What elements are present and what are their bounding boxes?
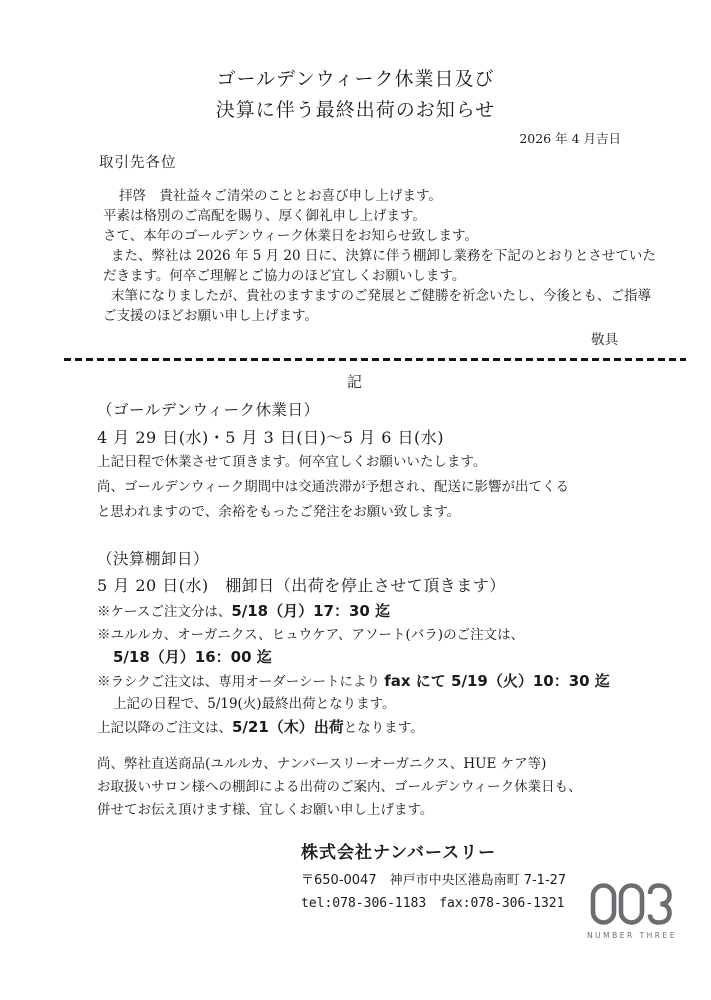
- addressee: 取引先各位: [99, 151, 711, 172]
- text-line: 併せてお伝え頂けます様、宜しくお願い申し上げます。: [97, 799, 681, 822]
- text-line: ※ケースご注文分は、5/18（月）17：30 迄: [97, 600, 681, 624]
- greeting-paragraph: 拝啓 貴社益々ご清栄のこととお喜び申し上げます。平素は格別のご高配を賜り、厚く御…: [103, 186, 656, 326]
- dashed-divider: [64, 358, 686, 361]
- title-line-1: ゴールデンウィーク休業日及び: [0, 64, 711, 95]
- number-three-logo: NUMBER THREE: [587, 882, 677, 940]
- text-line: ※ユルルカ、オーガニクス、ヒュウケア、アソート(バラ)のご注文は、: [97, 624, 681, 647]
- issue-date: 2026 年 4 月吉日: [0, 129, 711, 147]
- text-line: ご支援のほどお願い申し上げます。: [103, 306, 656, 326]
- text-line: さて、本年のゴールデンウィーク休業日をお知らせ致します。: [103, 226, 656, 246]
- text-line: 上記日程で休業させて頂きます。何卒宜しくお願いいたします。: [97, 450, 681, 475]
- document-title: ゴールデンウィーク休業日及び 決算に伴う最終出荷のお知らせ: [0, 0, 711, 126]
- emphasized-text: 5/21（木）出荷: [232, 718, 344, 736]
- text-line: 尚、弊社直送商品(ユルルカ、ナンバースリーオーガニクス、HUE ケア等): [97, 753, 681, 776]
- text-line: 拝啓 貴社益々ご清栄のこととお喜び申し上げます。: [103, 186, 656, 206]
- inventory-date-line: 5 月 20 日(水) 棚卸日（出荷を停止させて頂きます）: [97, 574, 681, 598]
- text-line: また、弊社は 2026 年 5 月 20 日に、決算に伴う棚卸し業務を下記のとお…: [103, 246, 656, 266]
- text-line: 上記以降のご注文は、5/21（木）出荷となります。: [97, 716, 681, 740]
- text-line: と思われますので、余裕をもったご発注をお願い致します。: [97, 500, 681, 525]
- document-page: ゴールデンウィーク休業日及び 決算に伴う最終出荷のお知らせ 2026 年 4 月…: [0, 0, 711, 1000]
- emphasized-text: 5/18（月）17：30 迄: [231, 602, 390, 620]
- inventory-section: （決算棚卸日） 5 月 20 日(水) 棚卸日（出荷を停止させて頂きます） ※ケ…: [97, 547, 681, 739]
- company-name: 株式会社ナンバースリー: [301, 838, 711, 863]
- text-line: 5/18（月）16：00 迄: [97, 646, 681, 670]
- closing-word: 敬具: [0, 328, 711, 348]
- logo-caption: NUMBER THREE: [587, 931, 677, 940]
- inventory-notes: ※ケースご注文分は、5/18（月）17：30 迄※ユルルカ、オーガニクス、ヒュウ…: [97, 600, 681, 739]
- record-mark: 記: [0, 371, 711, 392]
- logo-003-icon: [590, 882, 674, 926]
- notice-paragraph: 尚、弊社直送商品(ユルルカ、ナンバースリーオーガニクス、HUE ケア等)お取扱い…: [97, 753, 681, 822]
- text-line: 尚、ゴールデンウィーク期間中は交通渋滞が予想され、配送に影響が出てくる: [97, 475, 681, 500]
- golden-week-section: （ゴールデンウィーク休業日） 4 月 29 日(水)・5 月 3 日(日)〜5 …: [97, 398, 681, 525]
- emphasized-text: 5/18（月）16：00 迄: [113, 648, 272, 666]
- text-line: 平素は格別のご高配を賜り、厚く御礼申し上げます。: [103, 206, 656, 226]
- gw-section-heading: （ゴールデンウィーク休業日）: [97, 398, 681, 420]
- gw-section-body: 上記日程で休業させて頂きます。何卒宜しくお願いいたします。尚、ゴールデンウィーク…: [97, 450, 681, 525]
- inventory-section-heading: （決算棚卸日）: [97, 547, 681, 569]
- title-line-2: 決算に伴う最終出荷のお知らせ: [0, 95, 711, 126]
- text-line: だきます。何卒ご理解とご協力のほど宜しくお願いします。: [103, 266, 656, 286]
- text-line: 上記の日程で、5/19(火)最終出荷となります。: [97, 693, 681, 716]
- text-line: 末筆になりましたが、貴社のますますのご発展とご健勝を祈念いたし、今後とも、ご指導: [103, 286, 656, 306]
- text-line: ※ラシクご注文は、専用オーダーシートにより fax にて 5/19（火）10：3…: [97, 670, 681, 694]
- gw-holiday-dates: 4 月 29 日(水)・5 月 3 日(日)〜5 月 6 日(水): [97, 425, 681, 448]
- emphasized-text: fax にて 5/19（火）10：30 迄: [384, 672, 610, 690]
- text-line: お取扱いサロン様への棚卸による出荷のご案内、ゴールデンウィーク休業日も、: [97, 776, 681, 799]
